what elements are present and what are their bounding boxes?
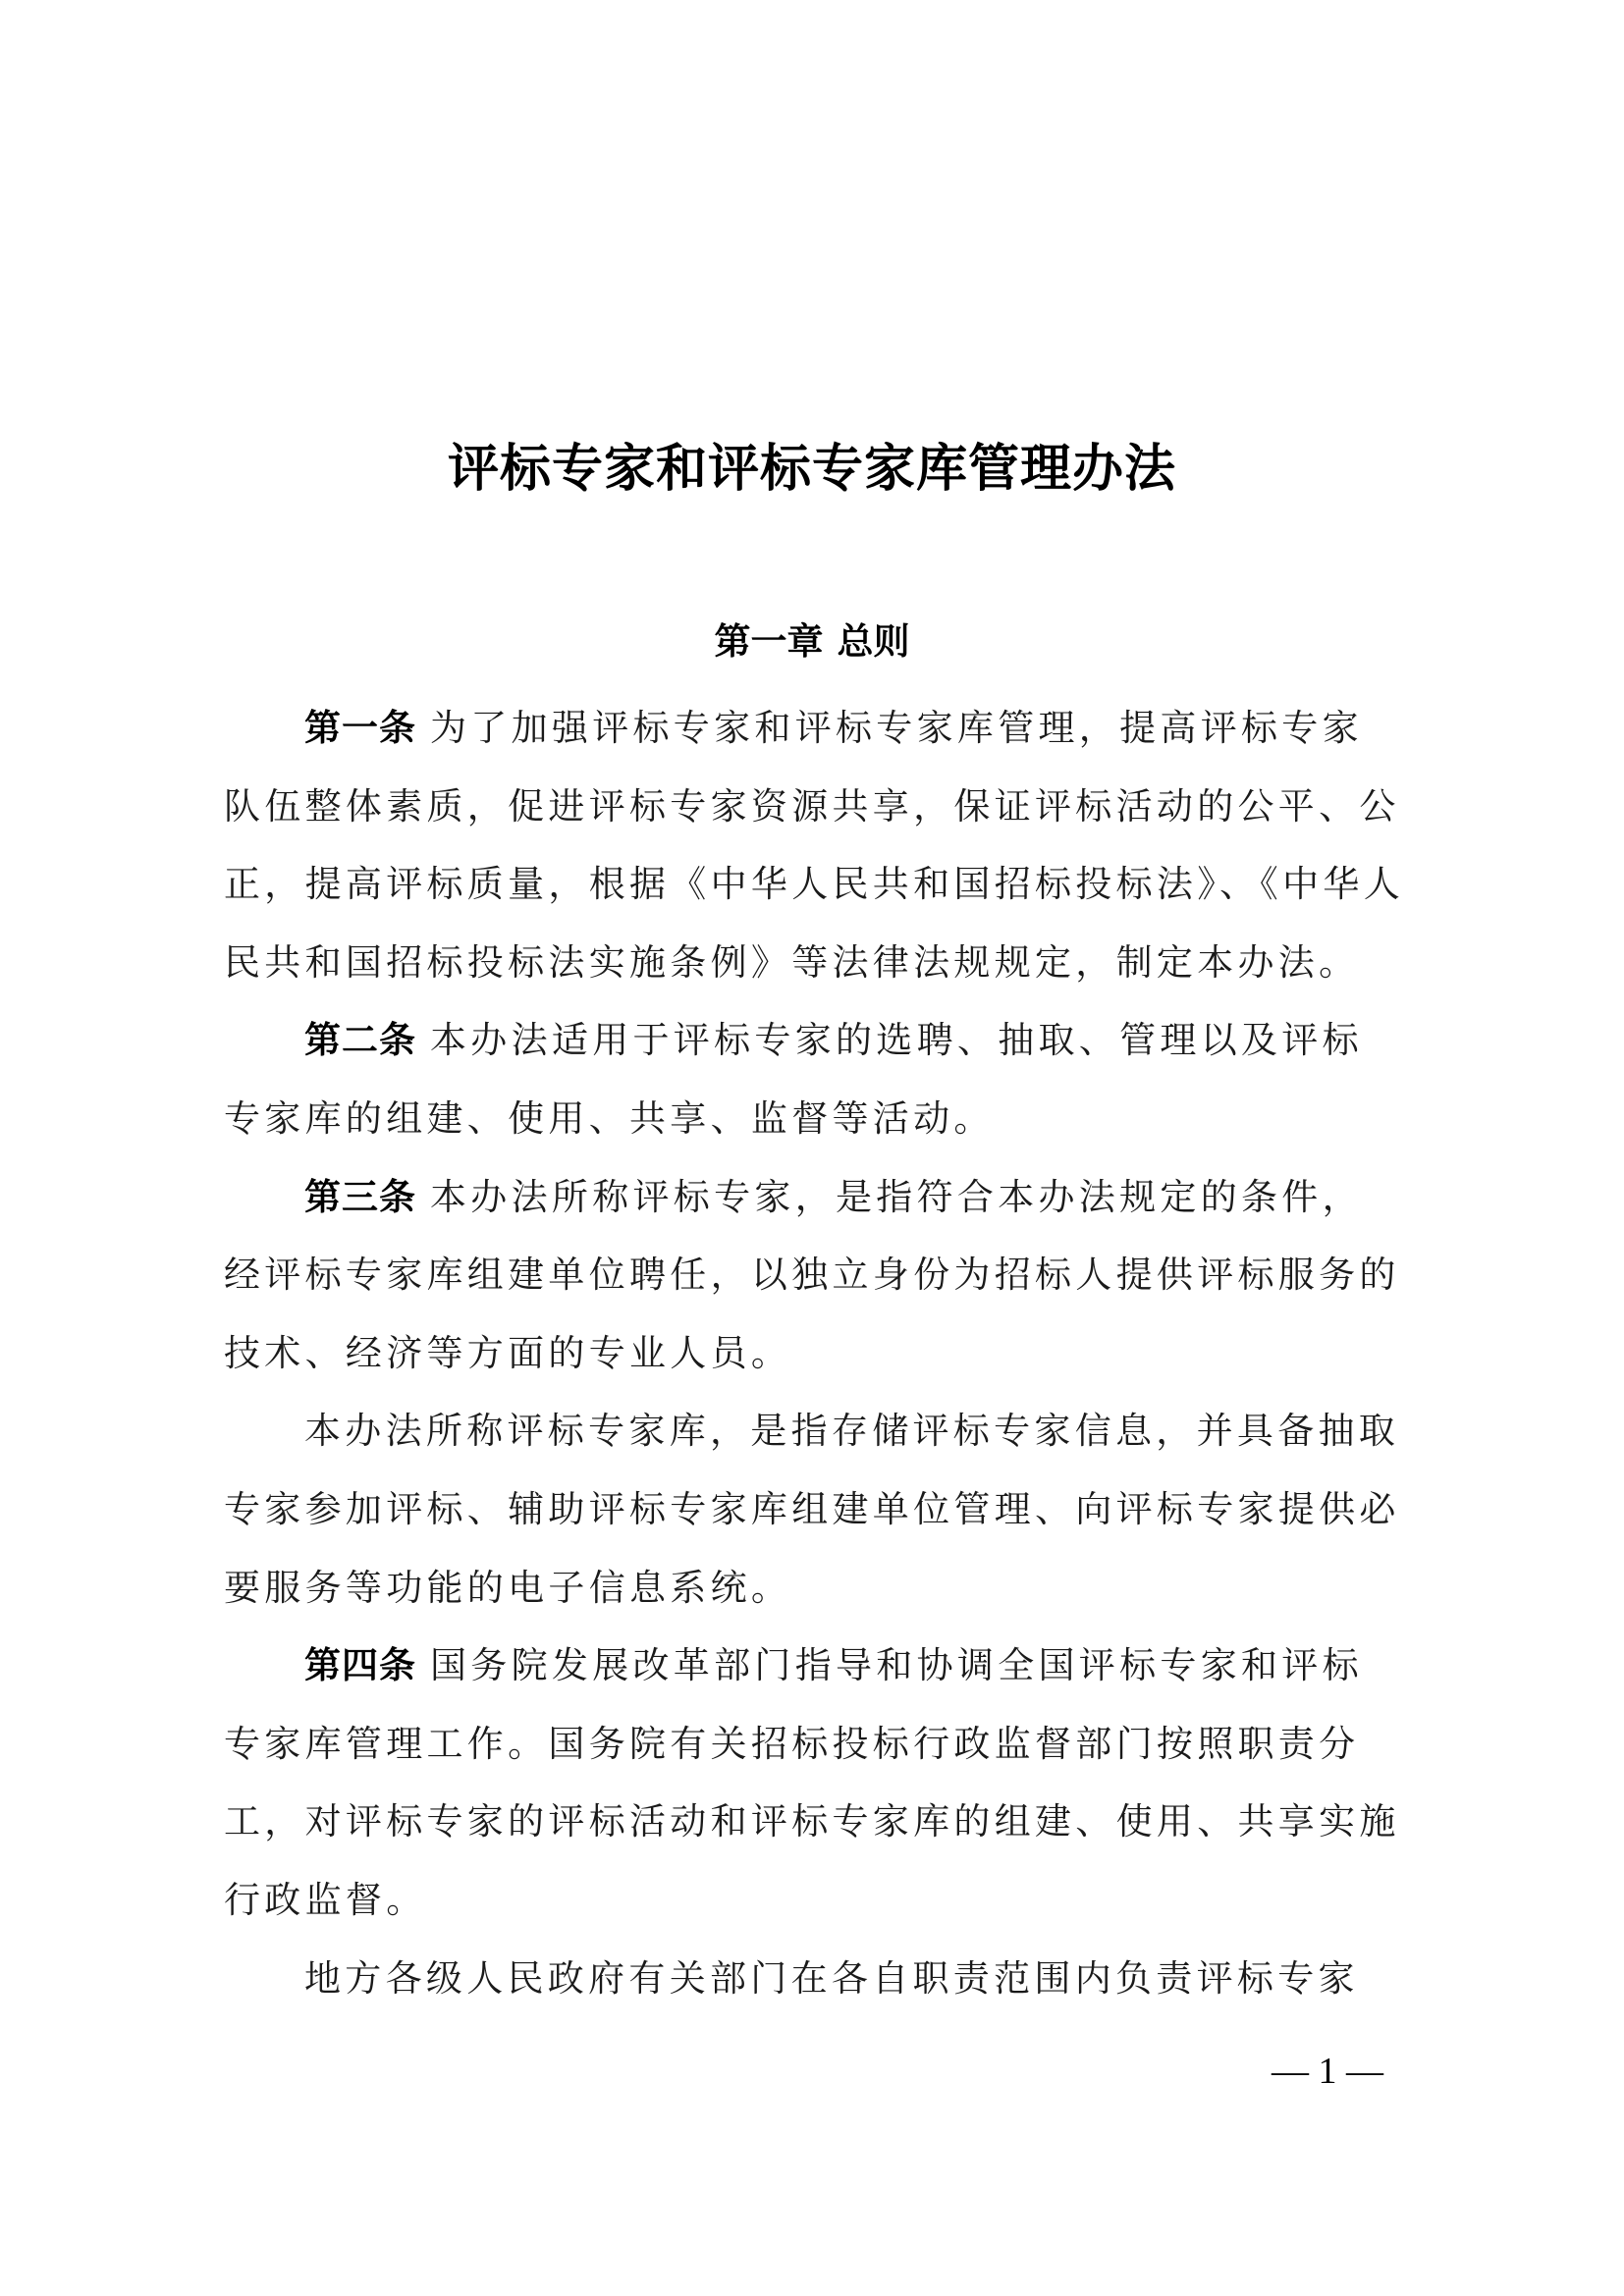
text-line: 民共和国招标投标法实施条例》等法律法规规定，制定本办法。 bbox=[224, 924, 1404, 1002]
line-text: 本办法适用于评标专家的选聘、抽取、管理以及评标 bbox=[430, 1019, 1363, 1061]
text-line: 行政监督。 bbox=[224, 1861, 1404, 1940]
text-line: 本办法所称评标专家库，是指存储评标专家信息，并具备抽取 bbox=[224, 1392, 1404, 1470]
article-4-paragraph-2: 地方各级人民政府有关部门在各自职责范围内负责评标专家 bbox=[224, 1940, 1404, 2018]
article-3-paragraph-2-continuation: 专家参加评标、辅助评标专家库组建单位管理、向评标专家提供必 要服务等功能的电子信… bbox=[224, 1470, 1404, 1627]
chapter-heading: 第一章总则 bbox=[0, 616, 1624, 667]
text-line: 技术、经济等方面的专业人员。 bbox=[224, 1314, 1404, 1393]
text-line: 地方各级人民政府有关部门在各自职责范围内负责评标专家 bbox=[224, 1940, 1404, 2018]
text-line: 第三条本办法所称评标专家，是指符合本办法规定的条件， bbox=[224, 1158, 1404, 1237]
text-line: 专家库管理工作。国务院有关招标投标行政监督部门按照职责分 bbox=[224, 1705, 1404, 1784]
text-line: 队伍整体素质，促进评标专家资源共享，保证评标活动的公平、公 bbox=[224, 768, 1404, 846]
article-label: 第四条 bbox=[304, 1644, 416, 1686]
text-line: 第二条本办法适用于评标专家的选聘、抽取、管理以及评标 bbox=[224, 1001, 1404, 1080]
line-text: 为了加强评标专家和评标专家库管理，提高评标专家 bbox=[430, 707, 1363, 749]
page-number: — 1 — bbox=[1259, 2050, 1396, 2093]
line-text: 本办法所称评标专家，是指符合本办法规定的条件， bbox=[430, 1176, 1363, 1218]
document-page: 评标专家和评标专家库管理办法 第一章总则 第一条为了加强评标专家和评标专家库管理… bbox=[0, 0, 1624, 2296]
article-4-paragraph: 第四条国务院发展改革部门指导和协调全国评标专家和评标 bbox=[224, 1627, 1404, 1705]
text-line: 第一条为了加强评标专家和评标专家库管理，提高评标专家 bbox=[224, 689, 1404, 768]
text-line: 专家库的组建、使用、共享、监督等活动。 bbox=[224, 1080, 1404, 1158]
chapter-name: 总则 bbox=[838, 620, 910, 663]
article-2-continuation: 专家库的组建、使用、共享、监督等活动。 bbox=[224, 1080, 1404, 1158]
line-text: 国务院发展改革部门指导和协调全国评标专家和评标 bbox=[430, 1644, 1363, 1686]
text-line: 要服务等功能的电子信息系统。 bbox=[224, 1549, 1404, 1628]
text-line: 经评标专家库组建单位聘任，以独立身份为招标人提供评标服务的 bbox=[224, 1236, 1404, 1314]
article-1-paragraph: 第一条为了加强评标专家和评标专家库管理，提高评标专家 bbox=[224, 689, 1404, 768]
article-2-paragraph: 第二条本办法适用于评标专家的选聘、抽取、管理以及评标 bbox=[224, 1001, 1404, 1080]
article-label: 第三条 bbox=[304, 1176, 416, 1218]
article-4-continuation: 专家库管理工作。国务院有关招标投标行政监督部门按照职责分 工，对评标专家的评标活… bbox=[224, 1705, 1404, 1940]
text-line: 正，提高评标质量，根据《中华人民共和国招标投标法》、《中华人 bbox=[224, 845, 1404, 924]
text-line: 专家参加评标、辅助评标专家库组建单位管理、向评标专家提供必 bbox=[224, 1470, 1404, 1549]
document-body: 第一条为了加强评标专家和评标专家库管理，提高评标专家 队伍整体素质，促进评标专家… bbox=[224, 689, 1404, 2017]
article-3-continuation: 经评标专家库组建单位聘任，以独立身份为招标人提供评标服务的 技术、经济等方面的专… bbox=[224, 1236, 1404, 1392]
article-label: 第一条 bbox=[304, 707, 416, 749]
article-label: 第二条 bbox=[304, 1019, 416, 1061]
article-3-paragraph-2: 本办法所称评标专家库，是指存储评标专家信息，并具备抽取 bbox=[224, 1392, 1404, 1470]
document-title: 评标专家和评标专家库管理办法 bbox=[0, 430, 1624, 508]
article-1-continuation: 队伍整体素质，促进评标专家资源共享，保证评标活动的公平、公 正，提高评标质量，根… bbox=[224, 768, 1404, 1002]
chapter-number: 第一章 bbox=[715, 620, 824, 663]
text-line: 第四条国务院发展改革部门指导和协调全国评标专家和评标 bbox=[224, 1627, 1404, 1705]
text-line: 工，对评标专家的评标活动和评标专家库的组建、使用、共享实施 bbox=[224, 1783, 1404, 1861]
article-3-paragraph: 第三条本办法所称评标专家，是指符合本办法规定的条件， bbox=[224, 1158, 1404, 1237]
